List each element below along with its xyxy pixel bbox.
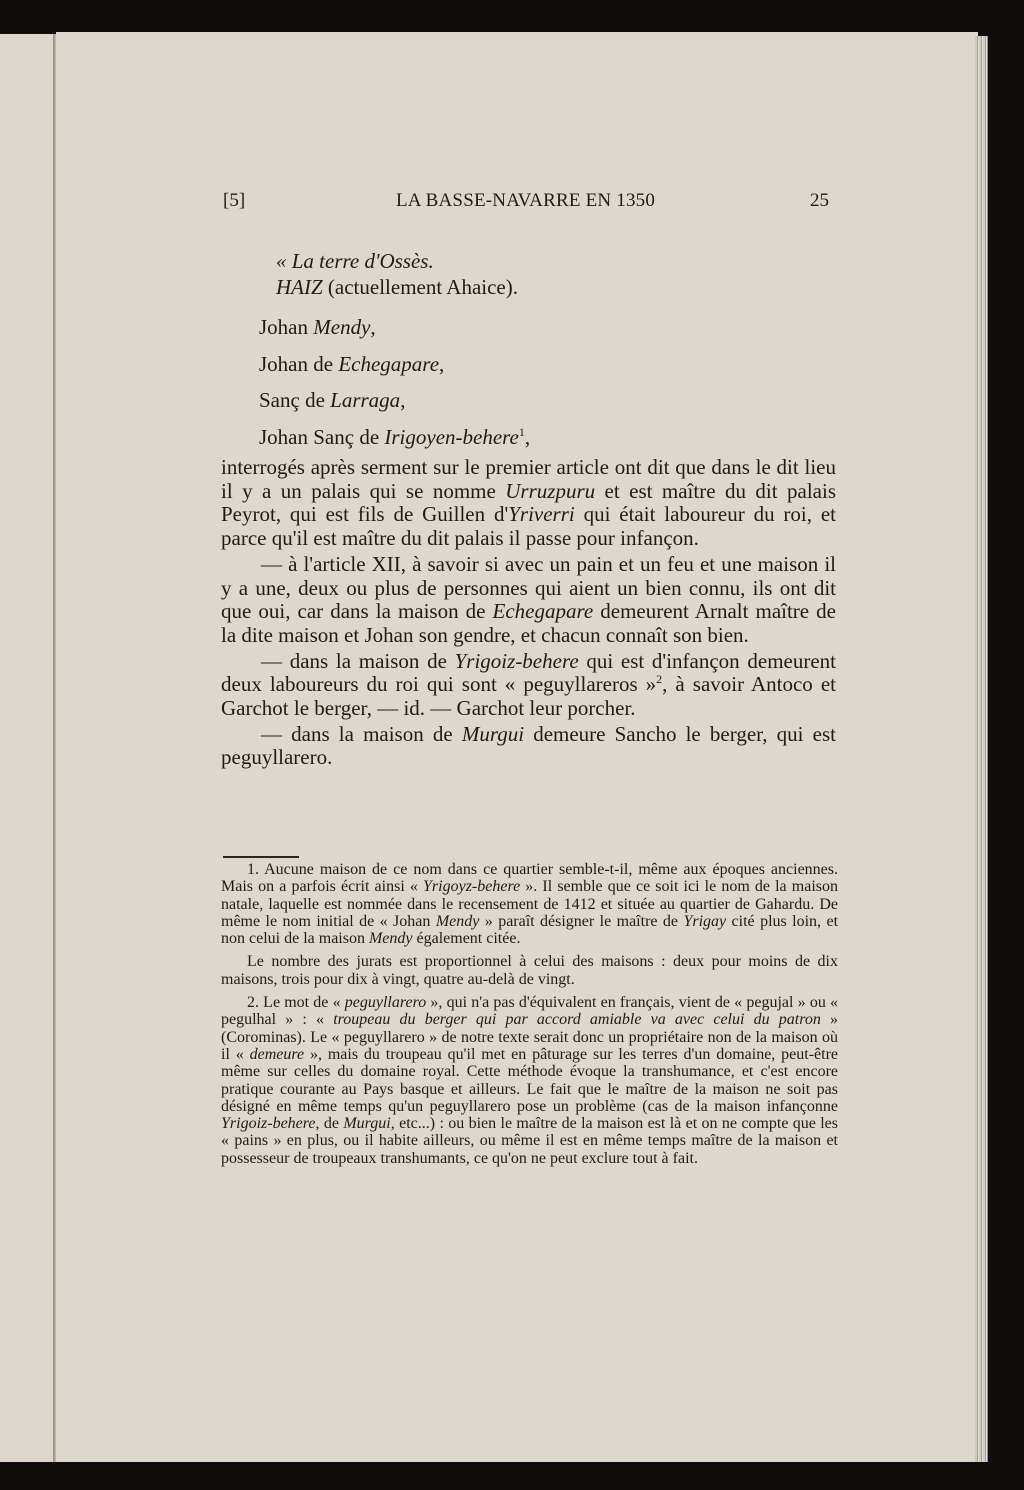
page-number: 25 bbox=[810, 190, 829, 212]
section-marker: [5] bbox=[223, 190, 245, 212]
footnote-2: 2. Le mot de « peguyllarero », qui n'a p… bbox=[221, 994, 838, 1167]
paragraph: — dans la maison de Yrigoiz-behere qui e… bbox=[221, 650, 836, 721]
paragraph: — dans la maison de Murgui demeure Sanch… bbox=[221, 723, 836, 770]
place-name: HAIZ bbox=[276, 275, 323, 299]
jurat-item: Johan Mendy, bbox=[259, 315, 530, 352]
place-note: (actuellement Ahaice). bbox=[323, 275, 518, 299]
main-text: interrogés après serment sur le premier … bbox=[221, 456, 836, 772]
facing-page-edge bbox=[0, 34, 55, 1462]
paragraph: — à l'article XII, à savoir si avec un p… bbox=[221, 553, 836, 648]
footnotes: 1. Aucune maison de ce nom dans ce quart… bbox=[221, 861, 838, 1173]
quote-intro: « La terre d'Ossès. HAIZ (actuellement A… bbox=[276, 248, 518, 300]
footnote-1: 1. Aucune maison de ce nom dans ce quart… bbox=[221, 861, 838, 947]
jurat-item: Johan de Echegapare, bbox=[259, 352, 530, 389]
jurats-list: Johan Mendy, Johan de Echegapare, Sanç d… bbox=[259, 315, 530, 461]
running-title: LA BASSE-NAVARRE EN 1350 bbox=[396, 190, 655, 212]
paragraph: interrogés après serment sur le premier … bbox=[221, 456, 836, 551]
page-stack-edges bbox=[975, 36, 988, 1462]
running-head: [5] LA BASSE-NAVARRE EN 1350 25 bbox=[223, 190, 829, 214]
quote-line-1: « La terre d'Ossès. bbox=[276, 249, 434, 273]
footnote-1-continued: Le nombre des jurats est proportionnel à… bbox=[221, 953, 838, 988]
jurat-item: Sanç de Larraga, bbox=[259, 388, 530, 425]
footnote-rule bbox=[223, 856, 299, 858]
